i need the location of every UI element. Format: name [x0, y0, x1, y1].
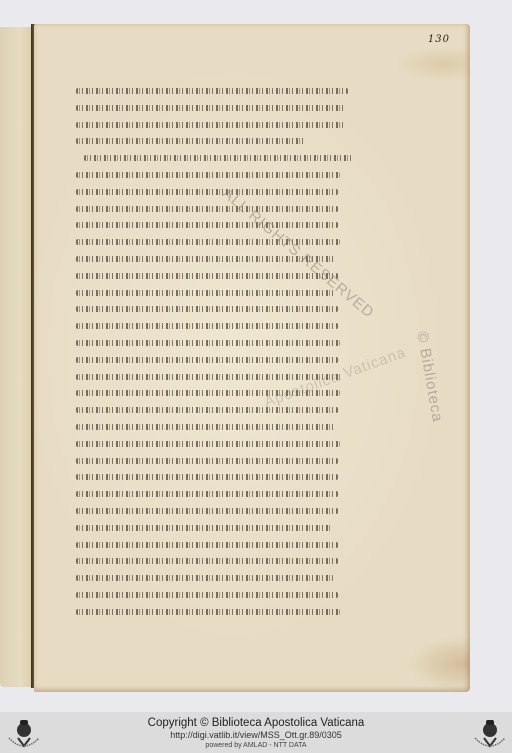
manuscript-text-line — [76, 267, 366, 284]
ink-stroke — [76, 306, 338, 312]
ink-stroke — [76, 357, 338, 363]
ink-stroke — [76, 407, 338, 413]
ink-stroke — [76, 424, 334, 430]
manuscript-text-line — [76, 519, 366, 536]
ink-stroke — [76, 575, 334, 581]
copyright-text: Copyright © Biblioteca Apostolica Vatica… — [0, 717, 512, 730]
folio-number: 130 — [428, 34, 450, 45]
manuscript-text-line — [76, 200, 366, 217]
ink-stroke — [76, 273, 338, 279]
manuscript-text-line — [76, 166, 366, 183]
ink-stroke — [76, 256, 336, 262]
ink-stroke — [76, 189, 338, 195]
manuscript-text-line — [76, 418, 366, 435]
ink-stroke — [76, 592, 338, 598]
manuscript-text-line — [76, 82, 366, 99]
manuscript-text-line — [76, 149, 366, 166]
ink-stroke — [76, 558, 338, 564]
permalink-url[interactable]: http://digi.vatlib.it/view/MSS_Ott.gr.89… — [0, 730, 512, 741]
ink-stroke — [76, 323, 338, 329]
manuscript-text-line — [76, 250, 366, 267]
ink-stroke — [76, 458, 338, 464]
ink-stroke — [76, 508, 338, 514]
manuscript-scan-viewport: 130 ALL RIGHTS RESERVED © Biblioteca Apo… — [0, 0, 512, 712]
manuscript-text-line — [76, 552, 366, 569]
manuscript-folio: 130 — [34, 24, 470, 692]
powered-by-text: powered by AMLAD - NTT DATA — [0, 741, 512, 750]
ink-stroke — [76, 222, 338, 228]
manuscript-text-line — [76, 485, 366, 502]
vatican-library-emblem-icon — [472, 716, 508, 750]
handwritten-greek-text — [76, 82, 366, 620]
manuscript-text-line — [76, 569, 366, 586]
manuscript-text-line — [76, 284, 366, 301]
manuscript-text-line — [76, 99, 366, 116]
manuscript-text-line — [76, 384, 366, 401]
copyright-footer: Copyright © Biblioteca Apostolica Vatica… — [0, 712, 512, 753]
ink-stroke — [76, 525, 332, 531]
manuscript-text-line — [76, 603, 366, 620]
manuscript-text-line — [76, 351, 366, 368]
manuscript-text-line — [76, 468, 366, 485]
ink-stroke — [76, 206, 338, 212]
vatican-library-emblem-icon — [6, 716, 42, 750]
manuscript-text-line — [76, 586, 366, 603]
manuscript-text-line — [76, 368, 366, 385]
manuscript-text-line — [76, 132, 366, 149]
manuscript-text-line — [76, 233, 366, 250]
ink-stroke — [76, 122, 344, 128]
ink-stroke — [76, 491, 338, 497]
ink-stroke — [76, 88, 348, 94]
ink-stroke — [76, 441, 340, 447]
previous-leaf-edge — [0, 27, 34, 687]
ink-stroke — [76, 105, 346, 111]
ink-stroke — [76, 290, 334, 296]
manuscript-text-line — [76, 401, 366, 418]
manuscript-text-line — [76, 502, 366, 519]
ink-stroke — [76, 609, 340, 615]
manuscript-text-line — [76, 317, 366, 334]
manuscript-text-line — [76, 452, 366, 469]
ink-stroke — [76, 474, 338, 480]
ink-stroke — [76, 374, 342, 380]
ink-stroke — [76, 390, 340, 396]
ink-stroke — [76, 172, 340, 178]
ink-stroke — [76, 542, 338, 548]
manuscript-text-line — [76, 435, 366, 452]
manuscript-text-line — [76, 334, 366, 351]
ink-stroke — [76, 138, 306, 144]
manuscript-text-line — [76, 183, 366, 200]
manuscript-text-line — [76, 216, 366, 233]
ink-stroke — [84, 155, 352, 161]
manuscript-text-line — [76, 536, 366, 553]
ink-stroke — [76, 340, 340, 346]
manuscript-text-line — [76, 300, 366, 317]
manuscript-text-line — [76, 116, 366, 133]
ink-stroke — [76, 239, 340, 245]
